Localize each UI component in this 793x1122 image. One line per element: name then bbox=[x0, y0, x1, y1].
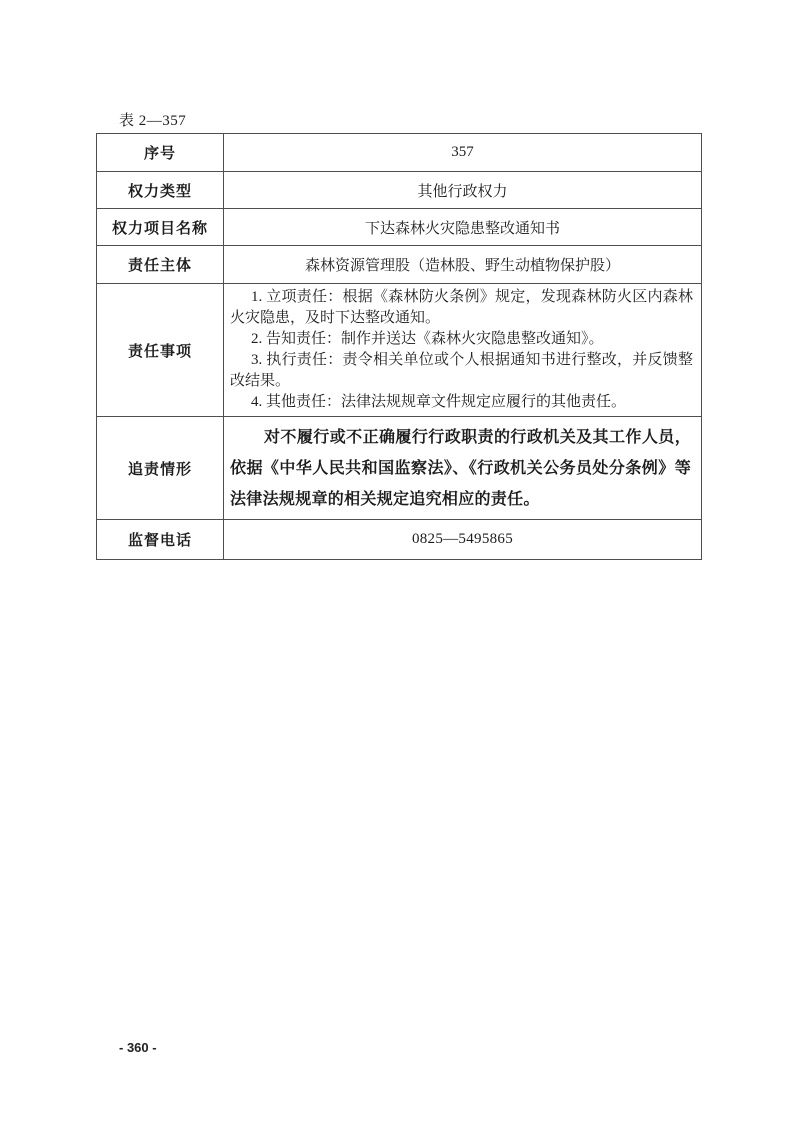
page-number: - 360 - bbox=[119, 1040, 157, 1055]
responsibility-item-4: 4. 其他责任：法律法规规章文件规定应履行的其他责任。 bbox=[230, 392, 693, 413]
row-label-serial-number: 序号 bbox=[97, 134, 224, 172]
row-value-supervision-phone: 0825—5495865 bbox=[224, 520, 702, 560]
row-label-responsibility-items: 责任事项 bbox=[97, 284, 224, 417]
row-label-power-item-name: 权力项目名称 bbox=[97, 209, 224, 246]
row-label-supervision-phone: 监督电话 bbox=[97, 520, 224, 560]
row-value-responsibility-items: 1. 立项责任：根据《森林防火条例》规定，发现森林防火区内森林火灾隐患，及时下达… bbox=[224, 284, 702, 417]
document-page: 表 2—357 序号 357 权力类型 其他行政权力 权力项目名称 下达森林火灾… bbox=[0, 0, 793, 1122]
table-row-serial-number: 序号 357 bbox=[97, 134, 702, 172]
row-label-power-type: 权力类型 bbox=[97, 172, 224, 209]
row-value-serial-number: 357 bbox=[224, 134, 702, 172]
table-row-responsibility-items: 责任事项 1. 立项责任：根据《森林防火条例》规定，发现森林防火区内森林火灾隐患… bbox=[97, 284, 702, 417]
row-value-responsible-entity: 森林资源管理股（造林股、野生动植物保护股） bbox=[224, 246, 702, 284]
row-value-power-type: 其他行政权力 bbox=[224, 172, 702, 209]
table-row-power-item-name: 权力项目名称 下达森林火灾隐患整改通知书 bbox=[97, 209, 702, 246]
row-label-responsible-entity: 责任主体 bbox=[97, 246, 224, 284]
table-row-power-type: 权力类型 其他行政权力 bbox=[97, 172, 702, 209]
table-row-supervision-phone: 监督电话 0825—5495865 bbox=[97, 520, 702, 560]
table-caption: 表 2—357 bbox=[119, 109, 186, 130]
responsibility-item-1: 1. 立项责任：根据《森林防火条例》规定，发现森林防火区内森林火灾隐患，及时下达… bbox=[230, 287, 693, 329]
power-item-table: 序号 357 权力类型 其他行政权力 权力项目名称 下达森林火灾隐患整改通知书 … bbox=[96, 133, 702, 560]
accountability-paragraph: 对不履行或不正确履行行政职责的行政机关及其工作人员，依据《中华人民共和国监察法》… bbox=[230, 422, 691, 515]
responsibility-item-2: 2. 告知责任：制作并送达《森林火灾隐患整改通知》。 bbox=[230, 329, 693, 350]
responsibility-item-3: 3. 执行责任：责令相关单位或个人根据通知书进行整改，并反馈整改结果。 bbox=[230, 350, 693, 392]
row-label-accountability-circumstances: 追责情形 bbox=[97, 417, 224, 520]
row-value-power-item-name: 下达森林火灾隐患整改通知书 bbox=[224, 209, 702, 246]
table-row-accountability-circumstances: 追责情形 对不履行或不正确履行行政职责的行政机关及其工作人员，依据《中华人民共和… bbox=[97, 417, 702, 520]
table-row-responsible-entity: 责任主体 森林资源管理股（造林股、野生动植物保护股） bbox=[97, 246, 702, 284]
row-value-accountability-circumstances: 对不履行或不正确履行行政职责的行政机关及其工作人员，依据《中华人民共和国监察法》… bbox=[224, 417, 702, 520]
